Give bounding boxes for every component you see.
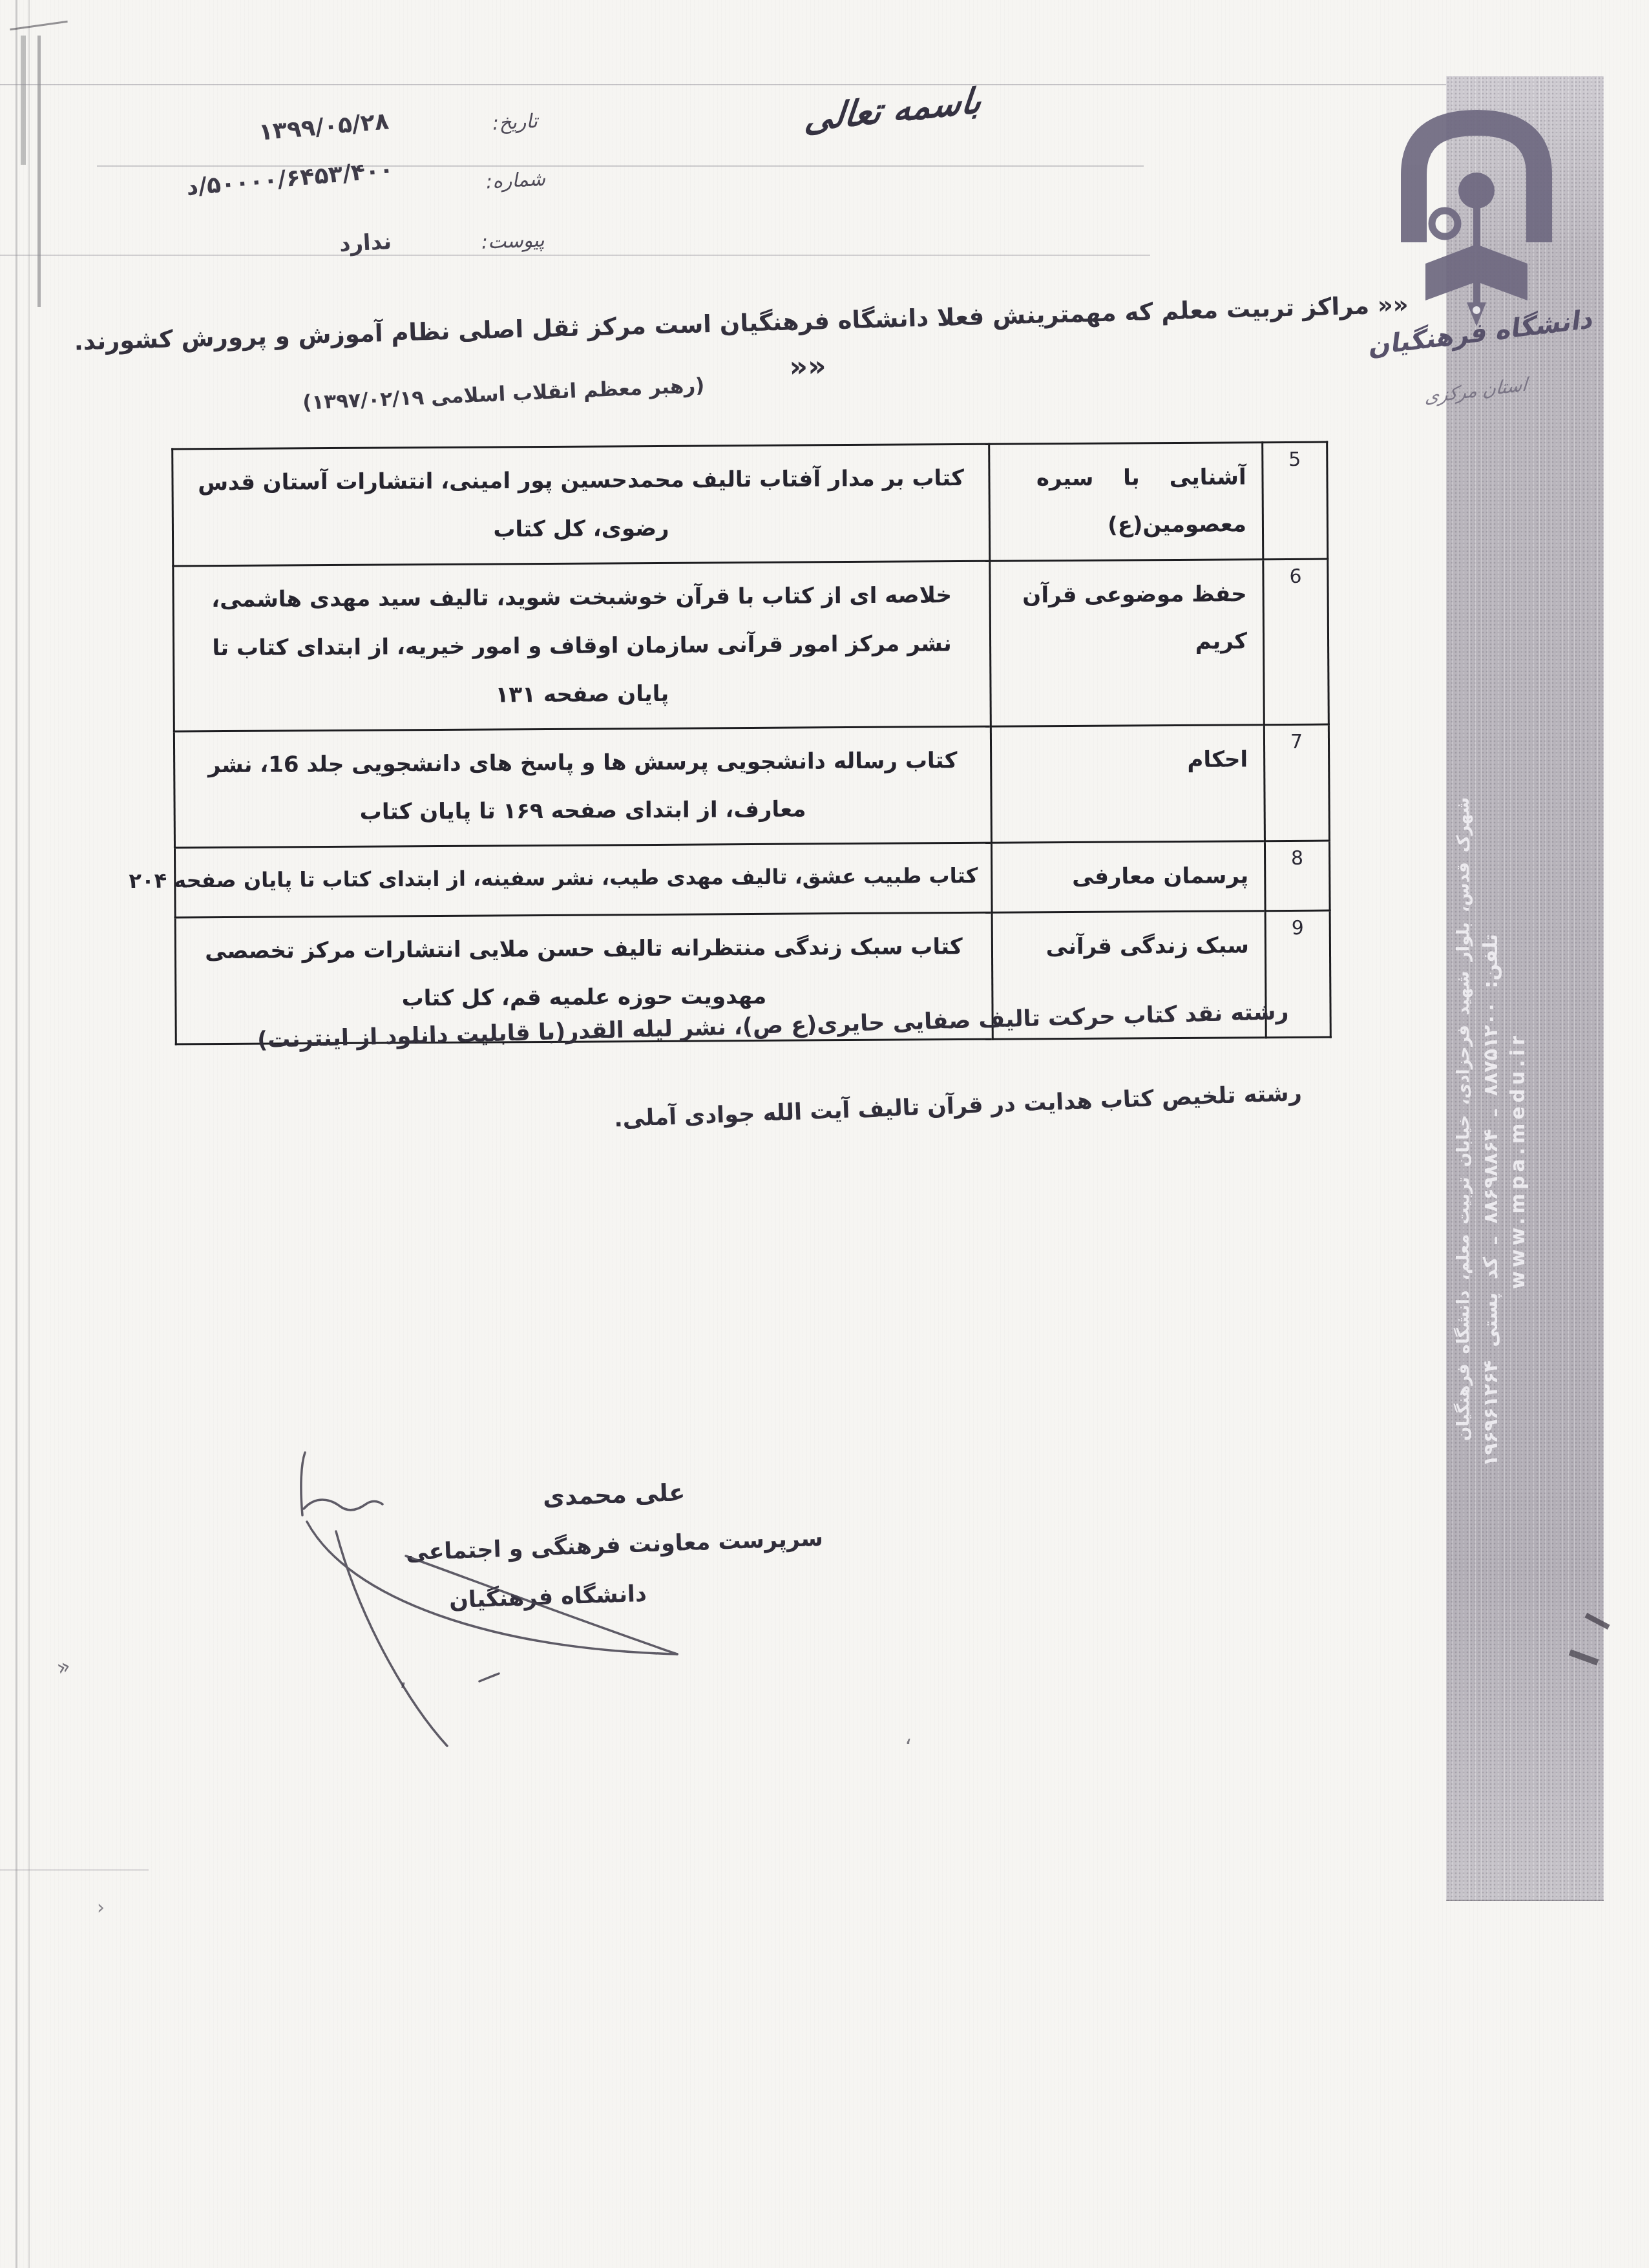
- row-number-cell: 6: [1263, 559, 1329, 724]
- scan-mark: [10, 21, 68, 30]
- row-number-cell: 8: [1265, 841, 1330, 911]
- farhangian-university-logo-icon: [1389, 103, 1564, 330]
- scanned-letter-page: دانشگاه فرهنگیان استان مرکزی باسمه تعالی…: [0, 0, 1649, 2268]
- handwritten-signature: [271, 1441, 711, 1764]
- footer-website: www.mpa.medu.ir: [1507, 1032, 1529, 1289]
- number-label: شماره:: [485, 168, 546, 194]
- leader-quote: «« مراکز تربیت معلم که مهمترینش فعلا دان…: [194, 291, 1409, 352]
- table-row: 8 پرسمان معارفی کتاب طبیب عشق، تالیف مهد…: [174, 841, 1330, 918]
- scan-streak: [28, 0, 30, 2268]
- scan-mark: «: [54, 1653, 73, 1681]
- attachment-value: ندارد: [339, 229, 392, 257]
- footer-address: شهرک قدس، بلوار شهید فرحزادی، خیابان ترب…: [1454, 797, 1473, 1441]
- footer-phone-postal: تلفن: ۸۸۷۵۱۲۰۰ ـ ۸۸۶۹۸۸۶۴ ـ کد پستی ۱۹۶۹…: [1480, 934, 1502, 1467]
- book-description-cell: کتاب رساله دانشجویی پرسش ها و پاسخ های د…: [174, 726, 991, 848]
- rule-line: [0, 255, 1150, 256]
- paragraph-summary-field: رشته تلخیص کتاب هدایت در قرآن تالیف آیت …: [614, 1080, 1303, 1133]
- rule-line: [0, 84, 1446, 85]
- scan-mark: ،: [905, 1724, 912, 1750]
- book-title-cell: حفظ موضوعی قرآن کریم: [990, 560, 1265, 726]
- table-row: 5 آشنایی با سیره معصومین(ع) کتاب بر مدار…: [173, 442, 1328, 566]
- number-value: ۵۰۰۰۰/۶۴۵۳/۴۰۰/د: [185, 156, 395, 201]
- book-title-cell: پرسمان معارفی: [991, 841, 1265, 913]
- book-title-cell: احکام: [991, 724, 1265, 843]
- rule-line: [0, 1869, 149, 1871]
- book-description-cell: کتاب طبیب عشق، تالیف مهدی طیب، نشر سفینه…: [174, 843, 992, 918]
- quote-attribution: (رهبر معظم انقلاب اسلامی ۱۳۹۷/۰۲/۱۹): [302, 373, 705, 414]
- quote-open-mark: ««: [1377, 291, 1409, 319]
- scan-streak: [16, 0, 17, 2268]
- rule-line: [97, 165, 1144, 167]
- table-row: 6 حفظ موضوعی قرآن کریم خلاصه ای از کتاب …: [173, 559, 1329, 731]
- book-list-table: 5 آشنایی با سیره معصومین(ع) کتاب بر مدار…: [171, 441, 1332, 1045]
- row-number-cell: 7: [1264, 724, 1329, 841]
- attachment-label: پیوست:: [481, 229, 545, 253]
- scan-mark: ٬: [399, 1679, 406, 1705]
- table-row: 7 احکام کتاب رساله دانشجویی پرسش ها و پا…: [174, 724, 1329, 848]
- scan-mark: ‹: [97, 1896, 105, 1919]
- date-label: تاریخ:: [492, 110, 538, 135]
- scan-streak: [21, 36, 26, 165]
- quote-text: مراکز تربیت معلم که مهمترینش فعلا دانشگا…: [74, 291, 1369, 355]
- scan-streak: [37, 36, 41, 307]
- book-title-cell: آشنایی با سیره معصومین(ع): [989, 443, 1263, 562]
- book-description-cell: خلاصه ای از کتاب با قرآن خوشبخت شوید، تا…: [173, 561, 991, 731]
- book-description-cell: کتاب بر مدار آفتاب تالیف محمدحسین پور ام…: [173, 444, 990, 566]
- row-number-cell: 5: [1263, 442, 1328, 560]
- band-line: [1446, 1900, 1604, 1901]
- date-value: ۱۳۹۹/۰۵/۲۸: [258, 108, 390, 145]
- besmele-calligraphy: باسمه تعالی: [803, 79, 983, 140]
- quote-close-mark: ««: [736, 348, 879, 385]
